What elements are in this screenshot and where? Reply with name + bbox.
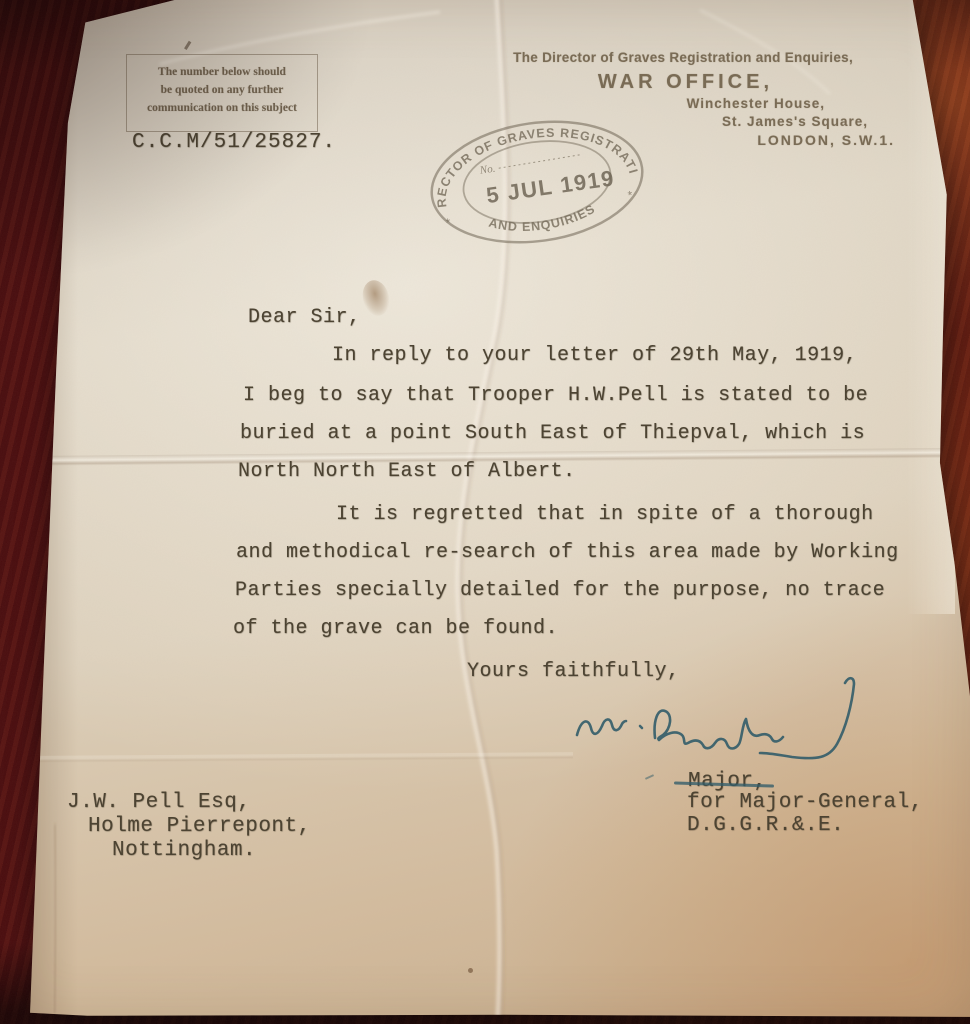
ink-mark — [645, 774, 654, 780]
reference-instruction-box: The number below should be quoted on any… — [126, 54, 318, 132]
stamp-star-left-icon: * — [445, 215, 452, 230]
salutation: Dear Sir, — [248, 306, 361, 329]
body-line: and methodical re-search of this area ma… — [236, 541, 899, 564]
signed-for-line: for Major-General, — [687, 791, 923, 814]
letterhead-building: Winchester House, — [687, 96, 825, 111]
reference-note-line-1: The number below should — [127, 64, 317, 82]
stamp-number-label: No. — [478, 163, 496, 177]
body-line: I beg to say that Trooper H.W.Pell is st… — [243, 384, 868, 407]
reference-note-line-2: be quoted on any further — [127, 82, 317, 100]
department-abbreviation: D.G.G.R.&.E. — [687, 814, 844, 837]
reference-number: C.C.M/51/25827. — [132, 131, 336, 154]
stamp-arc-bottom-text: AND ENQUIRIES — [485, 201, 599, 241]
letterhead-department-line: The Director of Graves Registration and … — [513, 50, 853, 65]
svg-text:AND ENQUIRIES: AND ENQUIRIES — [485, 201, 599, 241]
body-line: buried at a point South East of Thiepval… — [240, 422, 865, 445]
body-line: In reply to your letter of 29th May, 191… — [332, 344, 857, 367]
signature-ink — [552, 664, 887, 772]
body-line: Parties specially detailed for the purpo… — [235, 579, 885, 602]
letterhead-city: LONDON, S.W.1. — [757, 132, 895, 148]
stamp-star-right-icon: * — [627, 188, 634, 203]
letterhead-war-office: WAR OFFICE, — [598, 71, 773, 94]
body-line: North North East of Albert. — [238, 460, 576, 483]
photograph-of-letter: The number below should be quoted on any… — [0, 0, 970, 1024]
received-date-stamp: DIRECTOR OF GRAVES REGISTRATION No. 5 JU… — [420, 114, 655, 250]
stamp-date: 5 JUL 1919 — [485, 165, 617, 208]
reference-note-line-3: communication on this subject — [127, 100, 317, 118]
recipient-address: Holme Pierrepont, — [88, 815, 311, 838]
recipient-name: J.W. Pell Esq, — [67, 791, 250, 814]
letterhead-street: St. James's Square, — [722, 114, 868, 129]
body-line: of the grave can be found. — [233, 617, 558, 640]
letter-content: The number below should be quoted on any… — [0, 0, 970, 1024]
body-line: It is regretted that in spite of a thoro… — [336, 503, 874, 526]
recipient-city: Nottingham. — [112, 839, 256, 862]
